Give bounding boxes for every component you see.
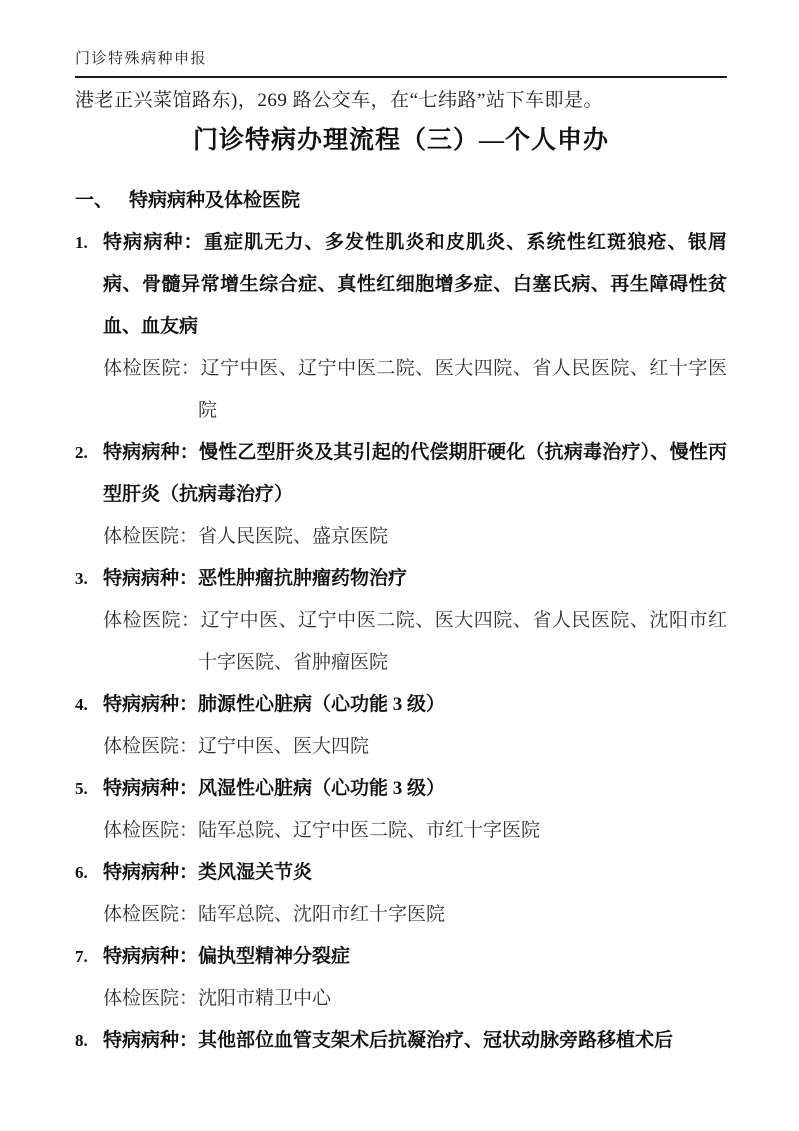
item-number: 1. xyxy=(75,222,103,432)
list-item-8: 8. 特病病种：其他部位血管支架术后抗凝治疗、冠状动脉旁路移植术后 xyxy=(75,1020,727,1062)
item-content: 特病病种：类风湿关节炎 体检医院：陆军总院、沈阳市红十字医院 xyxy=(103,852,727,936)
hospital-text: 沈阳市精卫中心 xyxy=(198,988,331,1009)
item-content: 特病病种：恶性肿瘤抗肿瘤药物治疗 体检医院：辽宁中医、辽宁中医二院、医大四院、省… xyxy=(103,558,727,684)
item-number: 7. xyxy=(75,936,103,1020)
disease-text: 肺源性心脏病（心功能 3 级） xyxy=(198,694,445,715)
item-number: 4. xyxy=(75,684,103,768)
item-content: 特病病种：肺源性心脏病（心功能 3 级） 体检医院：辽宁中医、医大四院 xyxy=(103,684,727,768)
disease-label: 特病病种： xyxy=(103,1030,198,1051)
hospital-label: 体检医院： xyxy=(103,820,198,841)
disease-label: 特病病种： xyxy=(103,568,198,589)
hospital-label: 体检医院： xyxy=(103,526,198,547)
hospital-text: 辽宁中医、医大四院 xyxy=(198,736,369,757)
disease-text: 其他部位血管支架术后抗凝治疗、冠状动脉旁路移植术后 xyxy=(198,1030,673,1051)
running-header-text: 门诊特殊病种申报 xyxy=(75,51,207,67)
disease-text: 恶性肿瘤抗肿瘤药物治疗 xyxy=(198,568,407,589)
list-item-3: 3. 特病病种：恶性肿瘤抗肿瘤药物治疗 体检医院：辽宁中医、辽宁中医二院、医大四… xyxy=(75,558,727,684)
document-page: 门诊特殊病种申报 港老正兴菜馆路东)，269 路公交车，在“七纬路”站下车即是。… xyxy=(0,0,799,1131)
intro-line: 港老正兴菜馆路东)，269 路公交车，在“七纬路”站下车即是。 xyxy=(75,87,727,114)
disease-label: 特病病种： xyxy=(103,442,199,463)
hospital-label: 体检医院： xyxy=(103,904,198,925)
hospital-line: 体检医院：陆军总院、沈阳市红十字医院 xyxy=(103,894,727,936)
section-number: 一、 xyxy=(75,190,113,211)
item-content: 特病病种：风湿性心脏病（心功能 3 级） 体检医院：陆军总院、辽宁中医二院、市红… xyxy=(103,768,727,852)
list-item-2: 2. 特病病种：慢性乙型肝炎及其引起的代偿期肝硬化（抗病毒治疗）、慢性丙型肝炎（… xyxy=(75,432,727,558)
item-number: 5. xyxy=(75,768,103,852)
disease-list: 一、特病病种及体检医院 1. 特病病种：重症肌无力、多发性肌炎和皮肌炎、系统性红… xyxy=(75,180,727,1062)
header-rule xyxy=(75,76,727,78)
running-header: 门诊特殊病种申报 xyxy=(75,50,727,68)
disease-line: 特病病种：风湿性心脏病（心功能 3 级） xyxy=(103,768,727,810)
hospital-line: 体检医院：沈阳市精卫中心 xyxy=(103,978,727,1020)
list-item-1: 1. 特病病种：重症肌无力、多发性肌炎和皮肌炎、系统性红斑狼疮、银屑病、骨髓异常… xyxy=(75,222,727,432)
list-item-6: 6. 特病病种：类风湿关节炎 体检医院：陆军总院、沈阳市红十字医院 xyxy=(75,852,727,936)
item-content: 特病病种：偏执型精神分裂症 体检医院：沈阳市精卫中心 xyxy=(103,936,727,1020)
disease-line: 特病病种：恶性肿瘤抗肿瘤药物治疗 xyxy=(103,558,727,600)
disease-line: 特病病种：类风湿关节炎 xyxy=(103,852,727,894)
disease-label: 特病病种： xyxy=(103,946,198,967)
disease-label: 特病病种： xyxy=(103,694,198,715)
hospital-line: 体检医院：辽宁中医、辽宁中医二院、医大四院、省人民医院、沈阳市红十字医院、省肿瘤… xyxy=(103,600,727,684)
section-heading: 一、特病病种及体检医院 xyxy=(75,180,727,222)
hospital-text: 陆军总院、辽宁中医二院、市红十字医院 xyxy=(198,820,540,841)
disease-label: 特病病种： xyxy=(103,862,198,883)
hospital-line: 体检医院：辽宁中医、辽宁中医二院、医大四院、省人民医院、红十字医院 xyxy=(103,348,727,432)
item-content: 特病病种：重症肌无力、多发性肌炎和皮肌炎、系统性红斑狼疮、银屑病、骨髓异常增生综… xyxy=(103,222,727,432)
section-label: 特病病种及体检医院 xyxy=(129,190,300,211)
hospital-line: 体检医院：辽宁中医、医大四院 xyxy=(103,726,727,768)
item-content: 特病病种：慢性乙型肝炎及其引起的代偿期肝硬化（抗病毒治疗）、慢性丙型肝炎（抗病毒… xyxy=(103,432,727,558)
item-number: 2. xyxy=(75,432,103,558)
disease-line: 特病病种：其他部位血管支架术后抗凝治疗、冠状动脉旁路移植术后 xyxy=(103,1020,727,1062)
page-title: 门诊特病办理流程（三）—个人申办 xyxy=(75,124,727,158)
hospital-label: 体检医院： xyxy=(103,358,201,379)
item-number: 3. xyxy=(75,558,103,684)
list-item-5: 5. 特病病种：风湿性心脏病（心功能 3 级） 体检医院：陆军总院、辽宁中医二院… xyxy=(75,768,727,852)
list-item-7: 7. 特病病种：偏执型精神分裂症 体检医院：沈阳市精卫中心 xyxy=(75,936,727,1020)
disease-label: 特病病种： xyxy=(103,778,198,799)
disease-line: 特病病种：偏执型精神分裂症 xyxy=(103,936,727,978)
item-number: 8. xyxy=(75,1020,103,1062)
hospital-label: 体检医院： xyxy=(103,988,198,1009)
list-item-4: 4. 特病病种：肺源性心脏病（心功能 3 级） 体检医院：辽宁中医、医大四院 xyxy=(75,684,727,768)
disease-text: 类风湿关节炎 xyxy=(198,862,312,883)
hospital-line: 体检医院：省人民医院、盛京医院 xyxy=(103,516,727,558)
hospital-text: 辽宁中医、辽宁中医二院、医大四院、省人民医院、沈阳市红十字医院、省肿瘤医院 xyxy=(198,610,727,673)
disease-text: 风湿性心脏病（心功能 3 级） xyxy=(198,778,445,799)
hospital-line: 体检医院：陆军总院、辽宁中医二院、市红十字医院 xyxy=(103,810,727,852)
hospital-text: 辽宁中医、辽宁中医二院、医大四院、省人民医院、红十字医院 xyxy=(198,358,727,421)
item-content: 特病病种：其他部位血管支架术后抗凝治疗、冠状动脉旁路移植术后 xyxy=(103,1020,727,1062)
hospital-text: 省人民医院、盛京医院 xyxy=(198,526,388,547)
hospital-text: 陆军总院、沈阳市红十字医院 xyxy=(198,904,445,925)
disease-line: 特病病种：慢性乙型肝炎及其引起的代偿期肝硬化（抗病毒治疗）、慢性丙型肝炎（抗病毒… xyxy=(103,432,727,516)
disease-line: 特病病种：重症肌无力、多发性肌炎和皮肌炎、系统性红斑狼疮、银屑病、骨髓异常增生综… xyxy=(103,222,727,348)
hospital-label: 体检医院： xyxy=(103,736,198,757)
hospital-label: 体检医院： xyxy=(103,610,201,631)
item-number: 6. xyxy=(75,852,103,936)
disease-line: 特病病种：肺源性心脏病（心功能 3 级） xyxy=(103,684,727,726)
disease-label: 特病病种： xyxy=(103,232,204,253)
disease-text: 偏执型精神分裂症 xyxy=(198,946,350,967)
